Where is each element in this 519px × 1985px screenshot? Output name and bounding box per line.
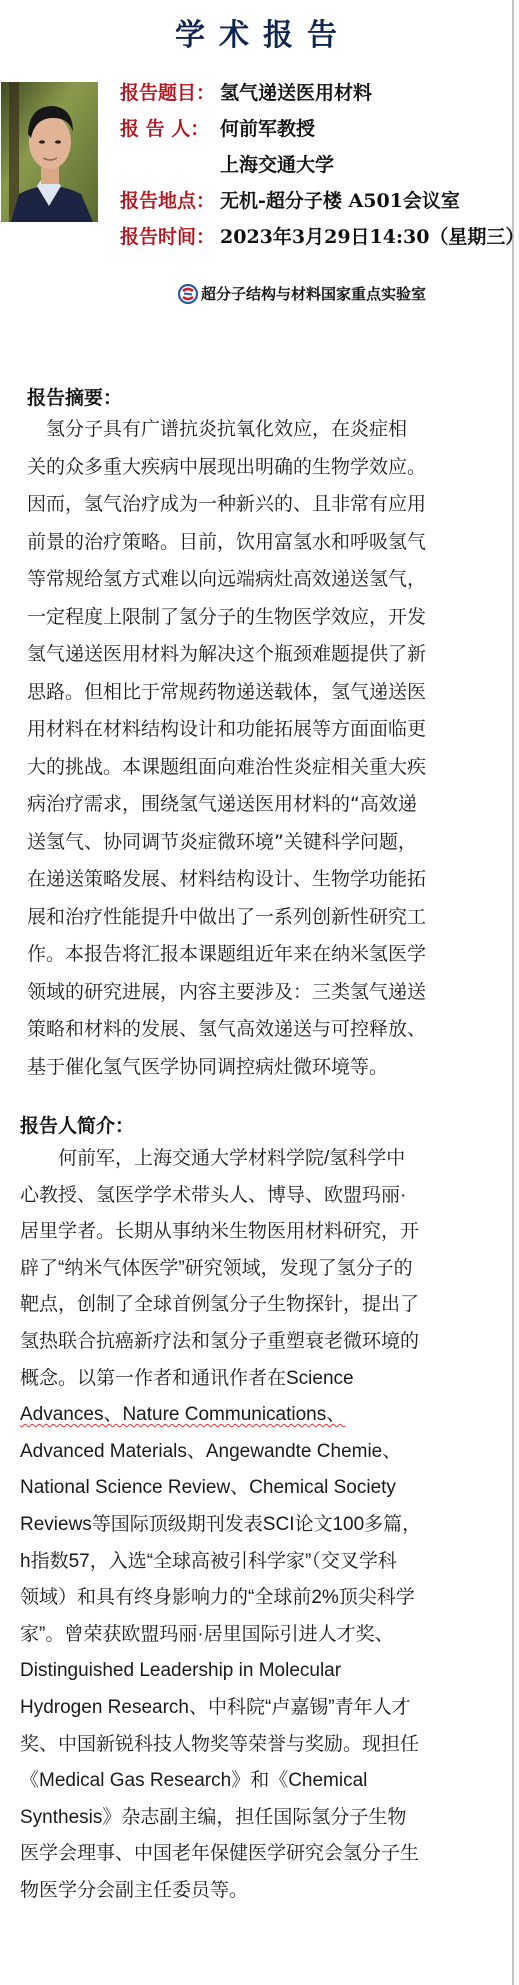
bio-line: National Science Review、Chemical Society <box>20 1470 421 1507</box>
topic-row: 报告题目：氢气递送医用材料 <box>120 78 372 108</box>
speaker-portrait-icon <box>1 82 98 222</box>
location-label: 报告地点： <box>120 186 220 216</box>
abstract-line: 展和治疗性能提升中做出了一系列创新性研究工 <box>27 899 426 937</box>
time-row: 报告时间：2023年3月29日14:30（星期三） <box>120 222 519 252</box>
abstract-line: 一定程度上限制了氢分子的生物医学效应，开发 <box>27 599 426 637</box>
bio-line: 家”。曾荣获欧盟玛丽·居里国际引进人才奖、 <box>20 1617 421 1654</box>
location-row: 报告地点：无机-超分子楼 A501会议室 <box>120 186 460 216</box>
abstract-line: 策略和材料的发展、氢气高效递送与可控释放、 <box>27 1011 426 1049</box>
abstract-line: 氢气递送医用材料为解决这个瓶颈难题提供了新 <box>27 636 426 674</box>
abstract-line: 关的众多重大疾病中展现出明确的生物学效应。 <box>27 449 426 487</box>
speaker-value: 何前军教授 <box>220 118 315 140</box>
abstract-line: 在递送策略发展、材料结构设计、生物学功能拓 <box>27 861 426 899</box>
bio-line: 靶点，创制了全球首例氢分子生物探针，提出了 <box>20 1287 421 1324</box>
topic-value: 氢气递送医用材料 <box>220 82 372 104</box>
topic-label: 报告题目： <box>120 78 220 108</box>
speaker-label: 报 告 人： <box>120 114 220 144</box>
bio-line: Reviews等国际顶级期刊发表SCI论文100多篇， <box>20 1507 421 1544</box>
bio-line: 辟了“纳米气体医学”研究领域，发现了氢分子的 <box>20 1251 421 1288</box>
bio-line: Synthesis》杂志副主编，担任国际氢分子生物 <box>20 1800 421 1837</box>
lab-logo-icon <box>178 284 198 304</box>
abstract-line: 前景的治疗策略。目前，饮用富氢水和呼吸氢气 <box>27 524 426 562</box>
time-value: 2023年3月29日14:30（星期三） <box>220 226 519 248</box>
speaker-photo <box>1 82 98 222</box>
abstract-line: 病治疗需求，围绕氢气递送医用材料的“高效递 <box>27 786 426 824</box>
bio-line: Distinguished Leadership in Molecular <box>20 1653 421 1690</box>
bio-line: 心教授、氢医学学术带头人、博导、欧盟玛丽· <box>20 1178 421 1215</box>
bio-body: 何前军，上海交通大学材料学院/氢科学中 心教授、氢医学学术带头人、博导、欧盟玛丽… <box>20 1141 421 1909</box>
bio-line: Advances、Nature Communications、 <box>20 1397 421 1434</box>
bio-line: 医学会理事、中国老年保健医学研究会氢分子生 <box>20 1836 421 1873</box>
abstract-line: 氢分子具有广谱抗炎抗氧化效应，在炎症相 <box>27 411 426 449</box>
lab-credit: 超分子结构与材料国家重点实验室 <box>178 283 426 304</box>
bio-line: 物医学分会副主任委员等。 <box>20 1873 421 1910</box>
bio-line: 《Medical Gas Research》和《Chemical <box>20 1763 421 1800</box>
bio-line: h指数57，入选“全球高被引科学家”（交叉学科 <box>20 1544 421 1581</box>
abstract-line: 领域的研究进展，内容主要涉及：三类氢气递送 <box>27 974 426 1012</box>
bio-line: 概念。以第一作者和通讯作者在Science <box>20 1361 421 1398</box>
page-right-border <box>512 0 514 1985</box>
bio-line: 何前军，上海交通大学材料学院/氢科学中 <box>20 1141 421 1178</box>
bio-line: Advanced Materials、Angewandte Chemie、 <box>20 1434 421 1471</box>
abstract-heading: 报告摘要： <box>27 383 122 410</box>
abstract-line: 因而，氢气治疗成为一种新兴的、且非常有应用 <box>27 486 426 524</box>
bio-line: 居里学者。长期从事纳米生物医用材料研究，开 <box>20 1214 421 1251</box>
affiliation-row: 上海交通大学 <box>120 150 334 180</box>
abstract-line: 送氢气、协同调节炎症微环境”关键科学问题， <box>27 824 426 862</box>
bio-line: 氢热联合抗癌新疗法和氢分子重塑衰老微环境的 <box>20 1324 421 1361</box>
location-value: 无机-超分子楼 A501会议室 <box>220 190 460 212</box>
affiliation-value: 上海交通大学 <box>220 154 334 176</box>
abstract-body: 氢分子具有广谱抗炎抗氧化效应，在炎症相 关的众多重大疾病中展现出明确的生物学效应… <box>27 411 426 1086</box>
abstract-line: 用材料在材料结构设计和功能拓展等方面面临更 <box>27 711 426 749</box>
bio-line: Hydrogen Research、中科院“卢嘉锡”青年人才 <box>20 1690 421 1727</box>
abstract-line: 思路。但相比于常规药物递送载体，氢气递送医 <box>27 674 426 712</box>
speaker-row: 报 告 人：何前军教授 <box>120 114 315 144</box>
bio-line: 奖、中国新锐科技人物奖等荣誉与奖励。现担任 <box>20 1727 421 1764</box>
time-label: 报告时间： <box>120 222 220 252</box>
page-title: 学术报告 <box>0 10 512 54</box>
bio-heading: 报告人简介： <box>20 1111 134 1138</box>
abstract-line: 基于催化氢气医学协同调控病灶微环境等。 <box>27 1049 426 1087</box>
lab-name: 超分子结构与材料国家重点实验室 <box>201 283 426 304</box>
abstract-line: 等常规给氢方式难以向远端病灶高效递送氢气， <box>27 561 426 599</box>
abstract-line: 大的挑战。本课题组面向难治性炎症相关重大疾 <box>27 749 426 787</box>
bio-line: 领域）和具有终身影响力的“全球前2%顶尖科学 <box>20 1580 421 1617</box>
abstract-line: 作。本报告将汇报本课题组近年来在纳米氢医学 <box>27 936 426 974</box>
